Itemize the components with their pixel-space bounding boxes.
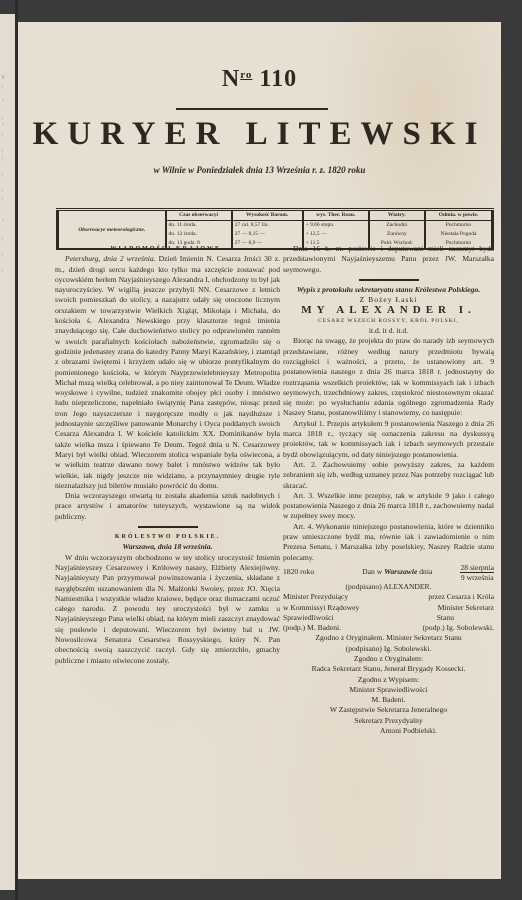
issue-number: Nro 110 [18, 66, 501, 93]
weather-header-thermometer: wys. Ther. Reau. [303, 210, 369, 221]
signature-left: (podp.) M. Badeni. [283, 623, 341, 633]
signature-right: Minister Sekretarz [438, 603, 494, 613]
monarch-name: MY ALEXANDER I. [283, 305, 494, 315]
dateline-warsaw: Warszawa, dnia 18 września. [55, 542, 280, 552]
weather-header-winds: Wiatry. [369, 210, 425, 221]
weather-cell: 27 cal. 8,57 lin. [232, 221, 303, 231]
weather-cell: + 12,5 — [303, 230, 369, 239]
section-divider [138, 526, 198, 528]
newspaper-title: KURYER LITEWSKI [18, 116, 501, 153]
given-year: 1820 roku [283, 567, 314, 577]
issue-number-sup: ro [240, 69, 252, 81]
weather-cell: Zachodni [369, 221, 425, 231]
given-prefix: Dan w [362, 567, 382, 576]
conformity-2-signature: Radca Sekretarz Stanu, Jenerał Brygady K… [283, 664, 494, 674]
conformity-1: Zgodno z Oryginałem. Minister Sekretarz … [283, 633, 494, 643]
article-petersburg-body: Dzień Imienin N. Cesarza Jmści 30 z. m.,… [55, 254, 280, 490]
signature-left: Sprawiedliwości [283, 613, 334, 623]
decree-preamble: Biorąc na uwagę, że projekta do praw do … [283, 336, 494, 418]
weather-header-row: Obserwacye meteorologiczne. Czas obserwa… [58, 210, 493, 221]
issue-number-value: 110 [259, 66, 297, 92]
weather-cell: Niestała Pogoda [425, 230, 493, 239]
signature-row: w Kommissyi RządoweyMinister Sekretarz [283, 603, 494, 613]
monarch-titles: CESARZ WSZECH ROSSYY, KRÓL POLSKI, [283, 316, 494, 326]
right-column: Dnia 16 b. m. posłowie i deputowani miel… [283, 244, 494, 736]
weather-header-conditions: Odmia. w powie. [425, 210, 493, 221]
conformity-3-signature: M. Badeni. [283, 695, 494, 705]
signature-right: Stanu [437, 613, 494, 623]
signature-right: (podp.) Ig. Sobolewski. [422, 623, 494, 633]
weather-cell: 27 — 8,15 — [232, 230, 303, 239]
decree-date-fraction: 28 sierpnia9 września [460, 563, 494, 582]
deputy-title: Sekretarz Prezydyalny [283, 716, 494, 726]
protocol-extract-heading: Wypis z protokułu sekretaryatu stanu Kró… [283, 285, 494, 295]
decree-article-1: Artykuł 1. Przepis artykułem 9 postanowi… [283, 419, 494, 460]
dateline-petersburg: Petersburg, dnia 2 września. [65, 254, 156, 263]
previous-page-edge: y , . - . , - , . , ; . , . , , . . - . … [0, 14, 15, 890]
section-heading-kingdom-poland: KRÓLESTWO POLSKIE. [55, 532, 280, 542]
conformity-3: Zgodno z Wypisem: [283, 675, 494, 685]
weather-cell: dn. 12 środa. [166, 230, 232, 239]
deputy-signature: Antoni Podbielski. [283, 726, 494, 736]
weather-cell: Zuniwny [369, 230, 425, 239]
signature-row: Minister Prezyduiącyprzez Cesarza i Król… [283, 592, 494, 602]
et-cetera: it.d. it d. it.d. [283, 326, 494, 336]
signature-row: SprawiedliwościStanu [283, 613, 494, 623]
deputy-line: W Zastępstwie Sekretarza Jeneralnego [283, 705, 494, 715]
signature-right: przez Cesarza i Króla [428, 592, 494, 602]
decree-article-2: Art. 2. Zachowuiemy sobie powyższy zakre… [283, 460, 494, 491]
given-dnia: dnia [419, 567, 432, 576]
given-place: Warszawie [384, 567, 417, 576]
weather-cell: dn. 11 środa. [166, 221, 232, 231]
decree-given-line: 1820 roku Dan w Warszawie dnia 28 sierpn… [283, 563, 494, 582]
issue-number-prefix: N [222, 66, 240, 92]
section-divider [359, 279, 419, 281]
date-old-style: 28 sierpnia [460, 563, 494, 573]
article-academy-body: Dnia wczorayszego otwartą tu została aka… [55, 491, 280, 522]
section-heading-domestic-news: WIADOMOŚCI KRAJOWE. [55, 244, 280, 254]
signature-left: w Kommissyi Rządowey [283, 603, 359, 613]
weather-cell: Pochmurno [425, 221, 493, 231]
weather-header-time: Czas obserwacyi [166, 210, 232, 221]
decree-article-4: Art. 4. Wykonanie niniejszego postanowie… [283, 522, 494, 563]
decree-article-3: Art. 3. Wszelkie inne przepisy, tak w ar… [283, 491, 494, 522]
monarch-signature: (podpisano) ALEXANDER. [283, 582, 494, 592]
newspaper-page: Nro 110 KURYER LITEWSKI w Wilnie w Ponie… [18, 22, 501, 879]
conformity-1-signature: (podpisano) Ig. Sobolewski. [283, 644, 494, 654]
signature-row: (podp.) M. Badeni.(podp.) Ig. Sobolewski… [283, 623, 494, 633]
date-new-style: 9 września [460, 573, 494, 582]
weather-header-barometer: Wysokość Barom. [232, 210, 303, 221]
previous-page-text-fragments: y , . - . , - , . , ; . , . , , . . - . … [2, 74, 12, 314]
dateline: w Wilnie w Poniedziałek dnia 13 Września… [18, 165, 501, 175]
article-warsaw-body: W dniu wczorayszym obchodzono w tey stol… [55, 553, 280, 666]
masthead-rule [176, 108, 328, 110]
conformity-3-title: Minister Sprawiedliwości [283, 685, 494, 695]
article-deputies-intro: Dnia 16 b. m. posłowie i deputowani miel… [283, 244, 494, 275]
conformity-2: Zgodno z Oryginałem: [283, 654, 494, 664]
signature-left: Minister Prezyduiący [283, 592, 348, 602]
weather-cell: + 9,66 stopn. [303, 221, 369, 231]
left-column: WIADOMOŚCI KRAJOWE. Petersburg, dnia 2 w… [55, 244, 280, 666]
